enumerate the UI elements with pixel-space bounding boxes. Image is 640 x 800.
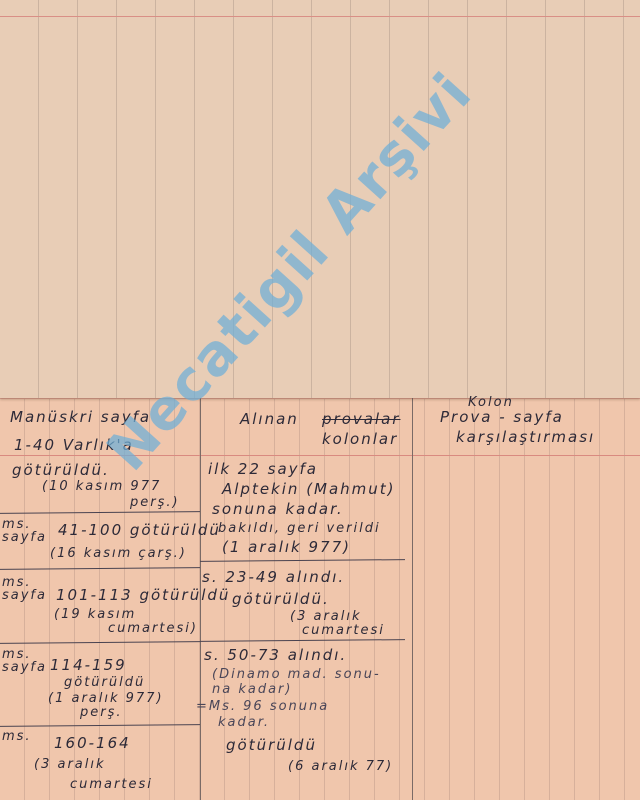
column-header-word: kolonlar bbox=[322, 432, 398, 447]
entry-note: na kadar) bbox=[212, 683, 292, 696]
entry-line: götürüldü bbox=[226, 738, 317, 753]
entry-day: cumartesi bbox=[302, 624, 385, 637]
entry-line: 41-100 götürüldü bbox=[58, 523, 221, 538]
entry-line: 114-159 bbox=[50, 658, 127, 673]
header-red-rule bbox=[0, 455, 640, 456]
entry-label: ms. bbox=[2, 730, 32, 743]
column-divider-2 bbox=[412, 398, 413, 800]
entry-line: bakıldı, geri verildi bbox=[218, 522, 381, 535]
top-rule bbox=[0, 398, 640, 399]
entry-date: (16 kasım çarş.) bbox=[50, 547, 187, 560]
entry-line: Alptekin (Mahmut) bbox=[222, 482, 396, 497]
entry-line: 101-113 götürüldü bbox=[56, 588, 230, 603]
entry-day: cumartesi) bbox=[108, 622, 198, 635]
entry-date: (3 aralık bbox=[34, 758, 106, 771]
entry-day: cumartesi bbox=[70, 778, 153, 791]
entry-note: kadar. bbox=[218, 716, 270, 729]
entry-day: perş. bbox=[80, 706, 123, 719]
column-header-word: karşılaştırması bbox=[456, 430, 595, 445]
entry-label: ms. sayfa bbox=[2, 576, 48, 602]
column-header-word: Alınan bbox=[240, 412, 299, 427]
entry-date: (1 aralık 977) bbox=[222, 540, 351, 555]
entry-line: s. 50-73 alındı. bbox=[204, 648, 347, 663]
entry-date: (6 aralık 77) bbox=[288, 760, 393, 773]
column-header-word: Prova - sayfa bbox=[440, 410, 564, 425]
entry-note: =Ms. 96 sonuna bbox=[196, 700, 329, 713]
red-margin-line bbox=[0, 16, 640, 17]
entry-line: sonuna kadar. bbox=[212, 502, 344, 517]
entry-note: (Dinamo mad. sonu- bbox=[212, 668, 381, 681]
entry-line: ilk 22 sayfa bbox=[208, 462, 318, 477]
entry-day: perş.) bbox=[130, 496, 180, 509]
entry-date: (3 aralık bbox=[290, 610, 362, 623]
entry-line: s. 23-49 alındı. bbox=[202, 570, 345, 585]
entry-line: 160-164 bbox=[54, 736, 131, 751]
entry-line: götürüldü bbox=[64, 676, 145, 689]
entry-line: götürüldü. bbox=[232, 592, 330, 607]
entry-date: (1 aralık 977) bbox=[48, 692, 164, 705]
entry-label: ms. sayfa bbox=[2, 518, 48, 544]
entry-label: ms. sayfa bbox=[2, 648, 48, 674]
column-header-struck-word: provalar bbox=[322, 412, 400, 427]
entry-date: (19 kasım bbox=[54, 608, 136, 621]
entry-line: götürüldü. bbox=[12, 463, 110, 478]
